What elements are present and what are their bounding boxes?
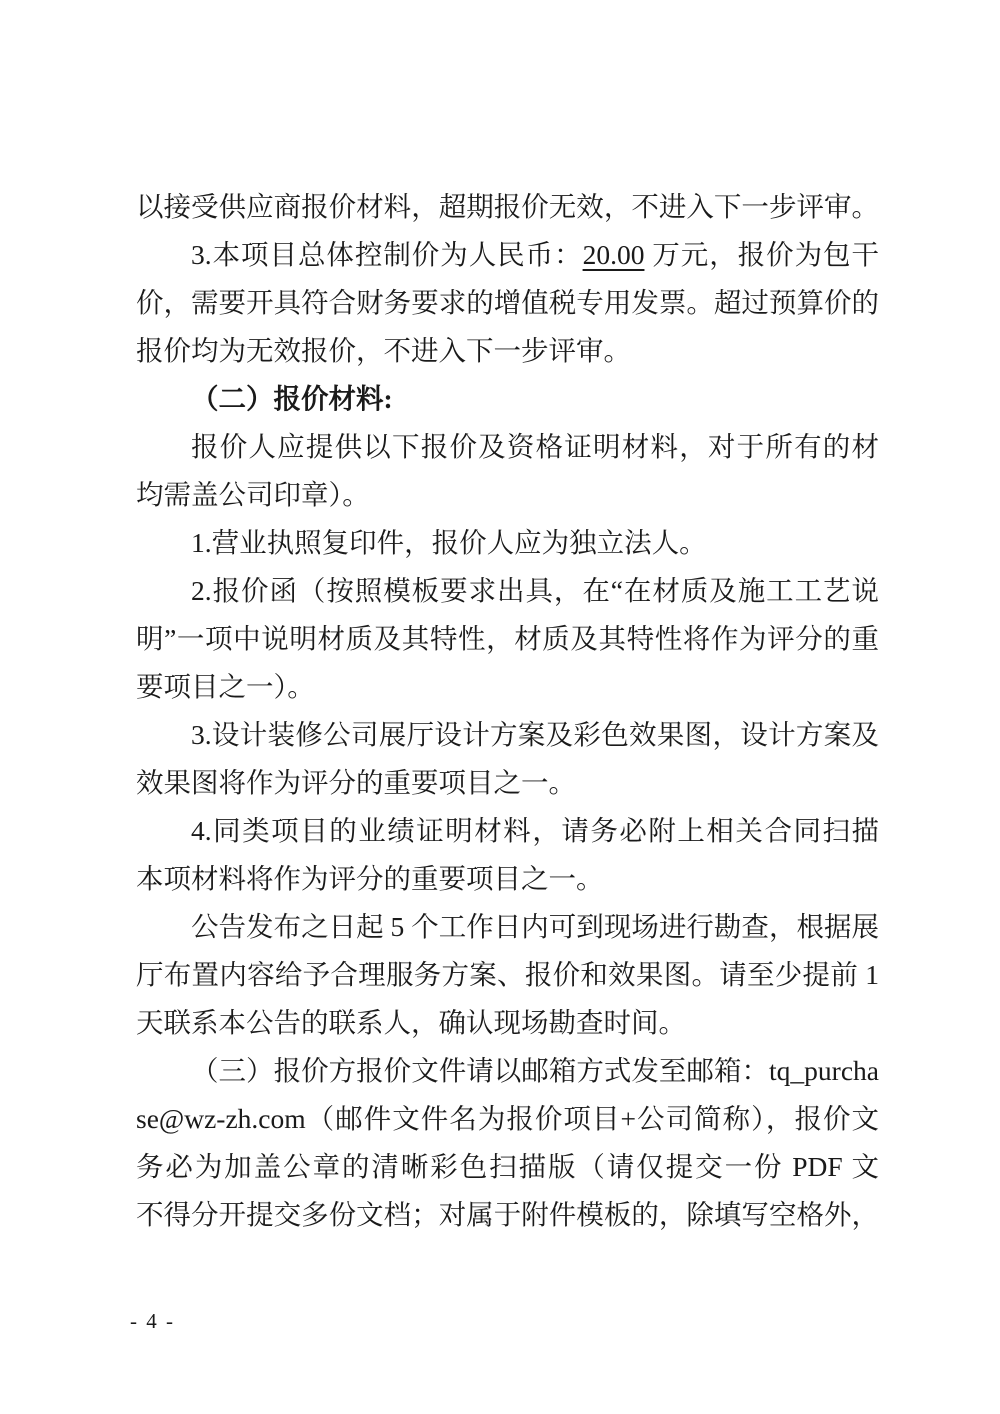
paragraph: 公告发布之日起 5 个工作日内可到现场进行勘查，根据展厅布置内容给予合理服务方案… [136, 903, 879, 1047]
paragraph: 1.营业执照复印件，报价人应为独立法人。 [136, 519, 879, 567]
text-segment: 报价人应提供以下报价及资格证明材料，对于所有的材料， [136, 431, 879, 471]
text-line: 效果图将作为评分的重要项目之一。 [136, 759, 879, 807]
document-page: 以接受供应商报价材料，超期报价无效，不进入下一步评审。3.本项目总体控制价为人民… [0, 0, 1000, 1414]
text-segment: 万元，报价为包干 [644, 239, 879, 270]
text-segment: 要项目之一）。 [136, 671, 315, 702]
text-segment: 3.设计装修公司展厅设计方案及彩色效果图，设计方案及 [191, 719, 879, 750]
paragraph: （二）报价材料: [136, 375, 879, 423]
text-line: 以接受供应商报价材料，超期报价无效，不进入下一步评审。 [136, 183, 879, 231]
text-line: 公告发布之日起 5 个工作日内可到现场进行勘查，根据展 [136, 903, 879, 951]
text-line: 4.同类项目的业绩证明材料，请务必附上相关合同扫描件， [136, 807, 879, 855]
text-segment: se@wz-zh.com（邮件文件名为报价项目+公司简称），报价文件 [136, 1103, 879, 1143]
text-line: se@wz-zh.com（邮件文件名为报价项目+公司简称），报价文件 [136, 1095, 879, 1143]
text-segment: 以接受供应商报价材料，超期报价无效，不进入下一步评审。 [136, 191, 879, 222]
text-line: 报价均为无效报价，不进入下一步评审。 [136, 327, 879, 375]
text-line: 务必为加盖公章的清晰彩色扫描版（请仅提交一份 PDF 文档， [136, 1143, 879, 1191]
paragraph: 2.报价函（按照模板要求出具，在“在材质及施工工艺说明”一项中说明材质及其特性，… [136, 567, 879, 711]
text-line: 要项目之一）。 [136, 663, 879, 711]
text-line: （三）报价方报价文件请以邮箱方式发至邮箱：tq_purcha [136, 1047, 879, 1095]
text-line: 均需盖公司印章）。 [136, 471, 879, 519]
text-segment: 3.本项目总体控制价为人民币： [191, 239, 583, 270]
text-segment: 效果图将作为评分的重要项目之一。 [136, 767, 576, 798]
text-line: 1.营业执照复印件，报价人应为独立法人。 [136, 519, 879, 567]
text-segment: 均需盖公司印章）。 [136, 479, 370, 510]
text-line: 2.报价函（按照模板要求出具，在“在材质及施工工艺说 [136, 567, 879, 615]
text-segment: 公告发布之日起 5 个工作日内可到现场进行勘查，根据展 [191, 911, 879, 942]
page-number: - 4 - [130, 1306, 175, 1336]
text-line: 不得分开提交多份文档；对属于附件模板的，除填写空格外， [136, 1191, 879, 1239]
text-line: 价，需要开具符合财务要求的增值税专用发票。超过预算价的 [136, 279, 879, 327]
paragraph: 4.同类项目的业绩证明材料，请务必附上相关合同扫描件，本项材料将作为评分的重要项… [136, 807, 879, 903]
text-segment: 不得分开提交多份文档；对属于附件模板的，除填写空格外， [136, 1199, 879, 1230]
text-segment: 本项材料将作为评分的重要项目之一。 [136, 863, 604, 894]
text-line: 本项材料将作为评分的重要项目之一。 [136, 855, 879, 903]
text-segment: 务必为加盖公章的清晰彩色扫描版（请仅提交一份 PDF 文档， [136, 1151, 879, 1191]
text-line: 3.设计装修公司展厅设计方案及彩色效果图，设计方案及 [136, 711, 879, 759]
text-line: （二）报价材料: [136, 375, 879, 423]
text-line: 3.本项目总体控制价为人民币：20.00 万元，报价为包干 [136, 231, 879, 279]
text-line: 天联系本公告的联系人，确认现场勘查时间。 [136, 999, 879, 1047]
paragraph: （三）报价方报价文件请以邮箱方式发至邮箱：tq_purchase@wz-zh.c… [136, 1047, 879, 1239]
text-line: 报价人应提供以下报价及资格证明材料，对于所有的材料， [136, 423, 879, 471]
paragraph: 3.设计装修公司展厅设计方案及彩色效果图，设计方案及效果图将作为评分的重要项目之… [136, 711, 879, 807]
paragraph: 报价人应提供以下报价及资格证明材料，对于所有的材料，均需盖公司印章）。 [136, 423, 879, 519]
text-segment: （二）报价材料: [191, 383, 393, 414]
text-segment: （三）报价方报价文件请以邮箱方式发至邮箱：tq_purcha [191, 1055, 879, 1086]
text-line: 明”一项中说明材质及其特性，材质及其特性将作为评分的重 [136, 615, 879, 663]
text-segment: 明”一项中说明材质及其特性，材质及其特性将作为评分的重 [136, 623, 879, 654]
underlined-value: 20.00 [583, 239, 645, 270]
paragraph: 3.本项目总体控制价为人民币：20.00 万元，报价为包干价，需要开具符合财务要… [136, 231, 879, 375]
text-line: 厅布置内容给予合理服务方案、报价和效果图。请至少提前 1 [136, 951, 879, 999]
document-body: 以接受供应商报价材料，超期报价无效，不进入下一步评审。3.本项目总体控制价为人民… [136, 183, 879, 1239]
paragraph: 以接受供应商报价材料，超期报价无效，不进入下一步评审。 [136, 183, 879, 231]
text-segment: 4.同类项目的业绩证明材料，请务必附上相关合同扫描件， [136, 815, 879, 855]
text-segment: 价，需要开具符合财务要求的增值税专用发票。超过预算价的 [136, 287, 879, 318]
text-segment: 天联系本公告的联系人，确认现场勘查时间。 [136, 1007, 686, 1038]
text-segment: 厅布置内容给予合理服务方案、报价和效果图。请至少提前 1 [136, 959, 879, 990]
text-segment: 1.营业执照复印件，报价人应为独立法人。 [191, 527, 707, 558]
text-segment: 报价均为无效报价，不进入下一步评审。 [136, 335, 631, 366]
text-segment: 2.报价函（按照模板要求出具，在“在材质及施工工艺说 [191, 575, 879, 606]
